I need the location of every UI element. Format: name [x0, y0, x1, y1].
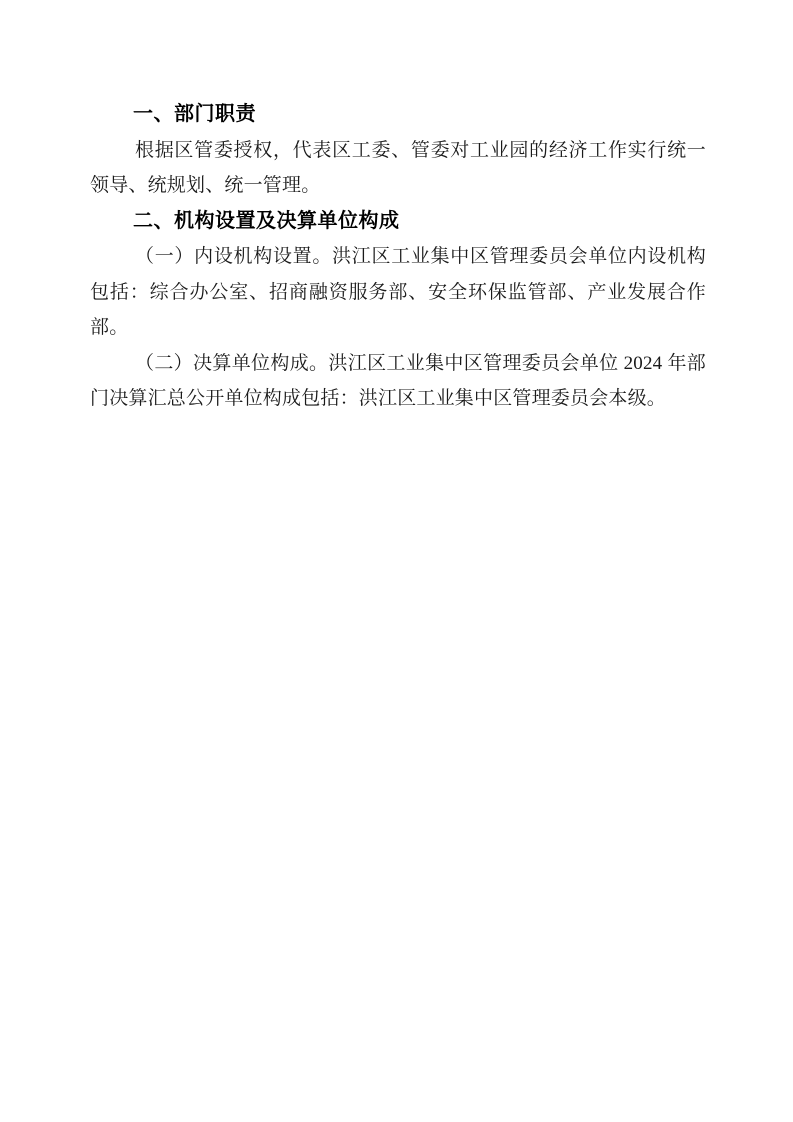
- section-heading-department-duties: 一、部门职责: [90, 97, 706, 133]
- paragraph-internal-org-setup: （一）内设机构设置。洪江区工业集中区管理委员会单位内设机构包括：综合办公室、招商…: [90, 239, 706, 346]
- document-page: 一、部门职责 根据区管委授权，代表区工委、管委对工业园的经济工作实行统一领导、统…: [0, 0, 793, 1122]
- section-heading-org-structure: 二、机构设置及决算单位构成: [90, 204, 706, 240]
- paragraph-department-duties: 根据区管委授权，代表区工委、管委对工业园的经济工作实行统一领导、统规划、统一管理…: [90, 133, 706, 204]
- paragraph-final-accounts-units: （二）决算单位构成。洪江区工业集中区管理委员会单位 2024 年部门决算汇总公开…: [90, 346, 706, 417]
- document-body: 一、部门职责 根据区管委授权，代表区工委、管委对工业园的经济工作实行统一领导、统…: [90, 97, 706, 417]
